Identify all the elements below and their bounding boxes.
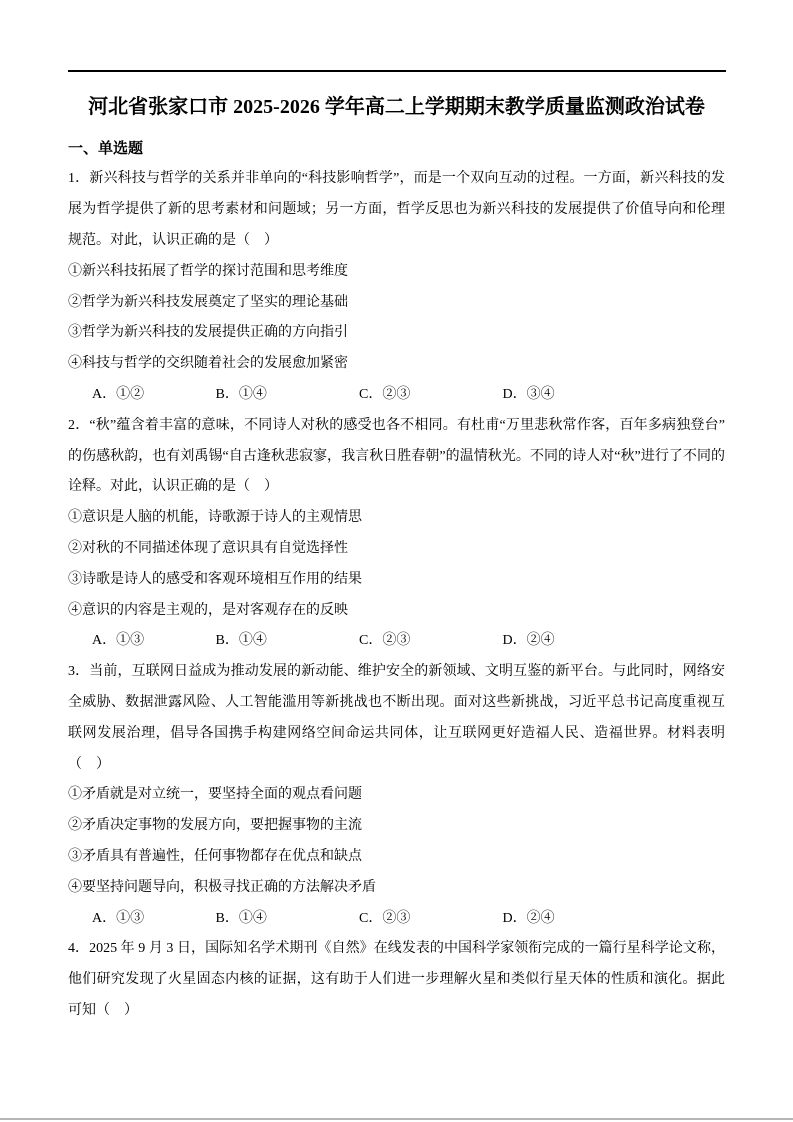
document-title: 河北省张家口市 2025-2026 学年高二上学期期末教学质量监测政治试卷: [68, 92, 725, 122]
question-1-statement-2: ②哲学为新兴科技发展奠定了坚实的理论基础: [68, 288, 725, 319]
question-3-option-d: D．②④: [503, 904, 555, 935]
question-3: 3．当前，互联网日益成为推动发展的新动能、维护安全的新领域、文明互鉴的新平台。与…: [68, 657, 725, 934]
question-1-option-d: D．③④: [503, 380, 555, 411]
question-1: 1．新兴科技与哲学的关系并非单向的“科技影响哲学”，而是一个双向互动的过程。一方…: [68, 164, 725, 410]
page-bottom-edge: [0, 1118, 793, 1120]
question-2-option-b: B．①④: [216, 626, 356, 657]
question-2-option-c: C．②③: [359, 626, 499, 657]
question-1-option-b: B．①④: [216, 380, 356, 411]
question-2-stem: 2．“秋”蕴含着丰富的意味，不同诗人对秋的感受也各不相同。有杜甫“万里悲秋常作客…: [68, 411, 725, 503]
question-1-stem: 1．新兴科技与哲学的关系并非单向的“科技影响哲学”，而是一个双向互动的过程。一方…: [68, 164, 725, 256]
question-2-option-d: D．②④: [503, 626, 555, 657]
section-heading: 一、单选题: [68, 134, 725, 164]
question-1-option-c: C．②③: [359, 380, 499, 411]
exam-paper-page: 河北省张家口市 2025-2026 学年高二上学期期末教学质量监测政治试卷 一、…: [0, 0, 793, 1122]
question-4-stem: 4．2025 年 9 月 3 日，国际知名学术期刊《自然》在线发表的中国科学家领…: [68, 934, 725, 1026]
question-2-options: A．①③ B．①④ C．②③ D．②④: [68, 626, 725, 657]
question-2-option-a: A．①③: [92, 626, 212, 657]
question-4: 4．2025 年 9 月 3 日，国际知名学术期刊《自然》在线发表的中国科学家领…: [68, 934, 725, 1026]
question-3-options: A．①③ B．①④ C．②③ D．②④: [68, 904, 725, 935]
content-column: 河北省张家口市 2025-2026 学年高二上学期期末教学质量监测政治试卷 一、…: [68, 72, 725, 1027]
question-2: 2．“秋”蕴含着丰富的意味，不同诗人对秋的感受也各不相同。有杜甫“万里悲秋常作客…: [68, 411, 725, 657]
question-1-options: A．①② B．①④ C．②③ D．③④: [68, 380, 725, 411]
question-3-statement-3: ③矛盾具有普遍性，任何事物都存在优点和缺点: [68, 842, 725, 873]
question-3-option-a: A．①③: [92, 904, 212, 935]
question-2-statement-1: ①意识是人脑的机能，诗歌源于诗人的主观情思: [68, 503, 725, 534]
question-1-statement-4: ④科技与哲学的交织随着社会的发展愈加紧密: [68, 349, 725, 380]
question-3-option-b: B．①④: [216, 904, 356, 935]
question-1-statement-1: ①新兴科技拓展了哲学的探讨范围和思考维度: [68, 257, 725, 288]
question-3-statement-4: ④要坚持问题导向，积极寻找正确的方法解决矛盾: [68, 873, 725, 904]
question-3-stem: 3．当前，互联网日益成为推动发展的新动能、维护安全的新领域、文明互鉴的新平台。与…: [68, 657, 725, 780]
question-2-statement-2: ②对秋的不同描述体现了意识具有自觉选择性: [68, 534, 725, 565]
question-2-statement-4: ④意识的内容是主观的，是对客观存在的反映: [68, 596, 725, 627]
question-1-option-a: A．①②: [92, 380, 212, 411]
question-3-statement-2: ②矛盾决定事物的发展方向，要把握事物的主流: [68, 811, 725, 842]
question-3-option-c: C．②③: [359, 904, 499, 935]
question-3-statement-1: ①矛盾就是对立统一，要坚持全面的观点看问题: [68, 780, 725, 811]
question-2-statement-3: ③诗歌是诗人的感受和客观环境相互作用的结果: [68, 565, 725, 596]
question-1-statement-3: ③哲学为新兴科技的发展提供正确的方向指引: [68, 318, 725, 349]
